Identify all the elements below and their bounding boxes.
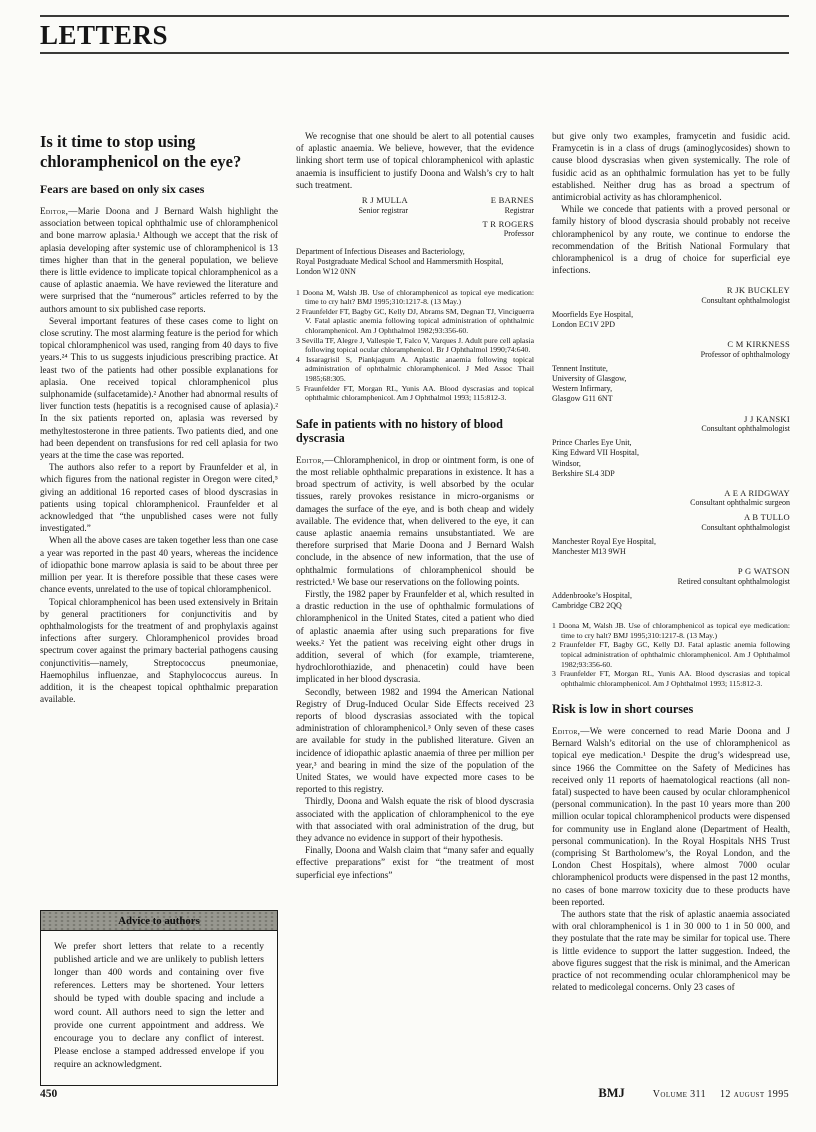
editor-label: Editor,— xyxy=(40,206,78,216)
header-top-rule xyxy=(40,15,789,17)
signatory-name: P G WATSON xyxy=(552,566,790,577)
signatory-title: Consultant ophthalmologist xyxy=(552,523,790,533)
signatory-address: Prince Charles Eye Unit, King Edward VII… xyxy=(552,438,790,479)
letter2-paragraph: Thirdly, Doona and Walsh equate the risk… xyxy=(296,795,534,844)
journal-line: BMJVolume 31112 august 1995 xyxy=(598,1086,789,1101)
letter-heading: Safe in patients with no history of bloo… xyxy=(296,417,534,446)
paragraph-text: Marie Doona and J Bernard Walsh highligh… xyxy=(40,206,278,314)
column-2: We recognise that one should be alert to… xyxy=(296,130,534,1086)
letter-subtitle: Fears are based on only six cases xyxy=(40,182,278,196)
signatory-title: Retired consultant ophthalmologist xyxy=(552,577,790,587)
letter1-paragraph: Several important features of these case… xyxy=(40,315,278,461)
signatory-name: R J MULLA xyxy=(296,195,408,206)
letter2-paragraph: Firstly, the 1982 paper by Fraunfelder e… xyxy=(296,588,534,686)
letter3-paragraph: Editor,—We were concerned to read Marie … xyxy=(552,725,790,908)
signatory-title: Consultant ophthalmic surgeon xyxy=(552,498,790,508)
reference: Fraunfelder FT, Bagby GC, Kelly DJ, Abra… xyxy=(296,307,534,336)
advice-box-body: We prefer short letters that relate to a… xyxy=(41,931,277,1085)
advice-box-title: Advice to authors xyxy=(41,911,277,931)
signatory-address: Tennent Institute, University of Glasgow… xyxy=(552,364,790,405)
journal-date: 12 august 1995 xyxy=(720,1089,789,1100)
letter-heading: Risk is low in short courses xyxy=(552,702,790,717)
signature: R J MULLA Senior registrar xyxy=(296,195,422,216)
signatory-title: Registrar xyxy=(422,206,534,216)
letter2-paragraph: Finally, Doona and Walsh claim that “man… xyxy=(296,844,534,881)
advice-box: Advice to authors We prefer short letter… xyxy=(40,910,278,1086)
signatory-name: T R ROGERS xyxy=(296,219,534,230)
letter2-continued-paragraph: While we concede that patients with a pr… xyxy=(552,203,790,276)
journal-volume: Volume 311 xyxy=(653,1089,706,1100)
reference: Issaragrisil S, Piankjagum A. Aplastic a… xyxy=(296,355,534,384)
signatory-address: Moorfields Eye Hospital, London EC1V 2PD xyxy=(552,310,790,330)
letter2-continued-paragraph: but give only two examples, framycetin a… xyxy=(552,130,790,203)
paragraph-text: Chloramphenicol, in drop or ointment for… xyxy=(296,455,534,587)
letter-title: Is it time to stop using chloramphenicol… xyxy=(40,132,278,172)
journal-page: LETTERS Is it time to stop using chloram… xyxy=(0,0,816,1132)
letter2-paragraph: Editor,—Chloramphenicol, in drop or oint… xyxy=(296,454,534,588)
letter1-paragraph: Editor,—Marie Doona and J Bernard Walsh … xyxy=(40,205,278,315)
signature-row: R J MULLA Senior registrar E BARNES Regi… xyxy=(296,195,534,216)
signatory-title: Senior registrar xyxy=(296,206,408,216)
reference: Sevilla TF, Alegre J, Vallespie T, Falco… xyxy=(296,336,534,355)
journal-name: BMJ xyxy=(598,1086,624,1100)
signature-block: C M KIRKNESS Professor of ophthalmology … xyxy=(552,339,790,404)
editor-label: Editor,— xyxy=(296,455,334,465)
signature: T R ROGERS Professor xyxy=(296,219,534,240)
reference: Fraunfelder FT, Bagby GC, Kelly DJ. Fata… xyxy=(552,640,790,669)
signatory-name: C M KIRKNESS xyxy=(552,339,790,350)
signatory-address: Department of Infectious Diseases and Ba… xyxy=(296,247,534,278)
letter2-paragraph: Secondly, between 1982 and 1994 the Amer… xyxy=(296,686,534,796)
page-number: 450 xyxy=(40,1088,57,1100)
signatory-name: R JK BUCKLEY xyxy=(552,285,790,296)
letter1-paragraph: The authors also refer to a report by Fr… xyxy=(40,461,278,534)
reference-list: Doona M, Walsh JB. Use of chloramphenico… xyxy=(296,288,534,403)
page-footer: 450 BMJVolume 31112 august 1995 xyxy=(40,1086,789,1101)
signatory-name: A E A RIDGWAY xyxy=(552,488,790,499)
signature-block: R JK BUCKLEY Consultant ophthalmologist … xyxy=(552,285,790,330)
signatory-name: A B TULLO xyxy=(552,512,790,523)
header-bottom-rule xyxy=(40,52,789,54)
signatory-title: Consultant ophthalmologist xyxy=(552,296,790,306)
signature-block: J J KANSKI Consultant ophthalmologist Pr… xyxy=(552,414,790,479)
signature-block: P G WATSON Retired consultant ophthalmol… xyxy=(552,566,790,611)
page-header: LETTERS xyxy=(40,15,789,54)
signature-block: A B TULLO Consultant ophthalmologist Man… xyxy=(552,512,790,557)
reference: Fraunfelder FT, Morgan RL, Yunis AA. Blo… xyxy=(552,669,790,688)
signatory-title: Professor of ophthalmology xyxy=(552,350,790,360)
column-1: Is it time to stop using chloramphenicol… xyxy=(40,130,278,1086)
signatory-title: Consultant ophthalmologist xyxy=(552,424,790,434)
signatory-address: Addenbrooke’s Hospital, Cambridge CB2 2Q… xyxy=(552,591,790,611)
reply-paragraph: We recognise that one should be alert to… xyxy=(296,130,534,191)
reference: Fraunfelder FT, Morgan RL, Yunis AA. Blo… xyxy=(296,384,534,403)
column-3: but give only two examples, framycetin a… xyxy=(552,130,790,1086)
letter1-paragraph: When all the above cases are taken toget… xyxy=(40,534,278,595)
letter3-paragraph: The authors state that the risk of aplas… xyxy=(552,908,790,993)
reference-list: Doona M, Walsh JB. Use of chloramphenico… xyxy=(552,621,790,688)
signatory-title: Professor xyxy=(296,229,534,239)
editor-label: Editor,— xyxy=(552,726,590,736)
signatory-name: E BARNES xyxy=(422,195,534,206)
signatory-address: Manchester Royal Eye Hospital, Mancheste… xyxy=(552,537,790,557)
reference: Doona M, Walsh JB. Use of chloramphenico… xyxy=(296,288,534,307)
signature: E BARNES Registrar xyxy=(422,195,534,216)
page-title: LETTERS xyxy=(40,20,789,50)
signature-block: A E A RIDGWAY Consultant ophthalmic surg… xyxy=(552,488,790,509)
letter1-paragraph: Topical chloramphenicol has been used ex… xyxy=(40,596,278,706)
paragraph-text: We were concerned to read Marie Doona an… xyxy=(552,726,790,907)
signatory-name: J J KANSKI xyxy=(552,414,790,425)
letters-content: Is it time to stop using chloramphenicol… xyxy=(40,130,790,1086)
reference: Doona M, Walsh JB. Use of chloramphenico… xyxy=(552,621,790,640)
